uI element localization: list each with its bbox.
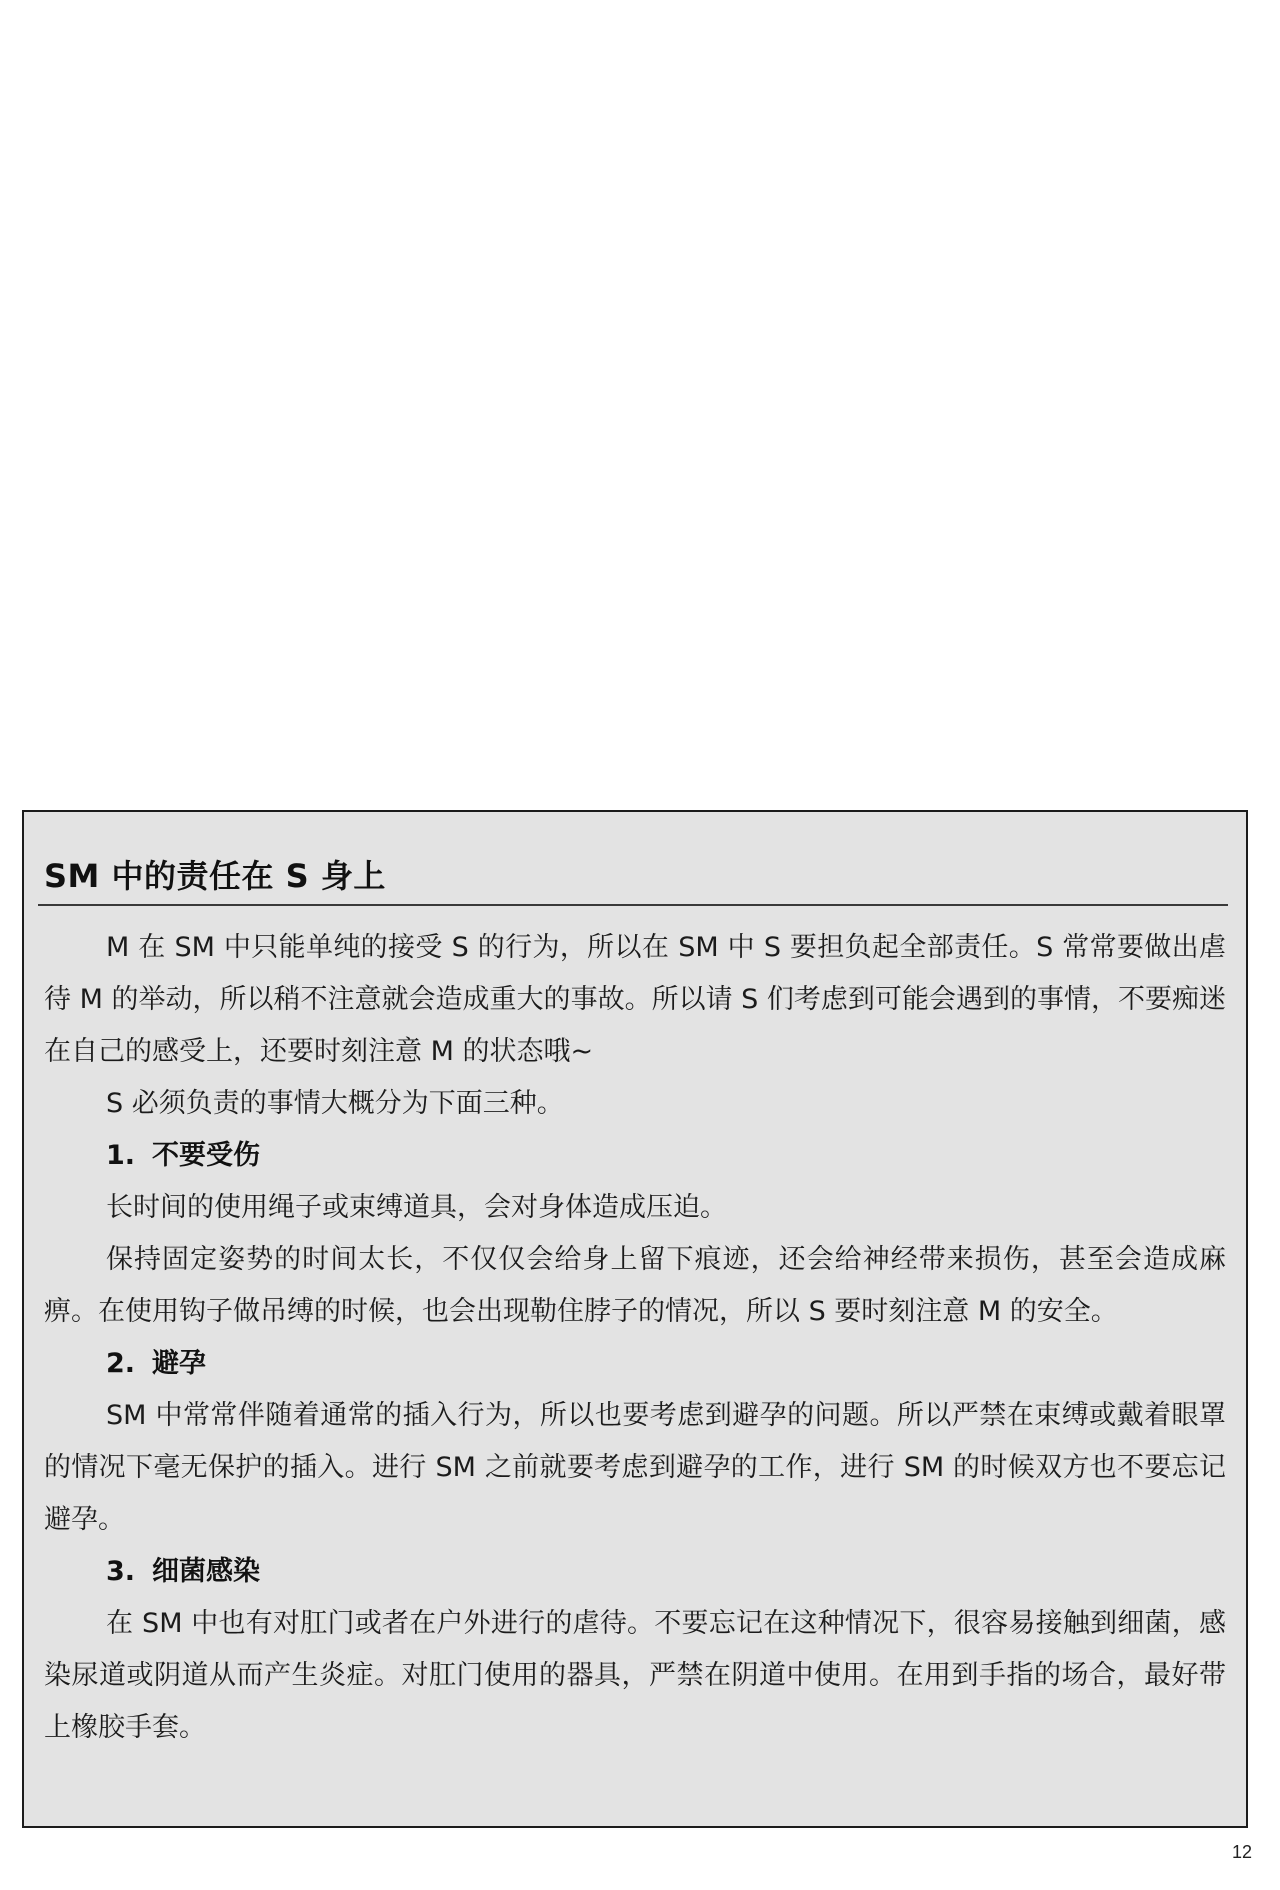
item-title: 避孕: [152, 1348, 206, 1379]
content-box: SM 中的责任在 S 身上 M 在 SM 中只能单纯的接受 S 的行为，所以在 …: [22, 810, 1248, 1828]
section-title: SM 中的责任在 S 身上: [44, 854, 386, 898]
item-heading: 3.细菌感染: [44, 1546, 1226, 1598]
item-title: 细菌感染: [152, 1556, 260, 1587]
intro-paragraph: S 必须负责的事情大概分为下面三种。: [44, 1078, 1226, 1130]
title-divider: [38, 904, 1228, 906]
item-heading: 1.不要受伤: [44, 1130, 1226, 1182]
section-body: M 在 SM 中只能单纯的接受 S 的行为，所以在 SM 中 S 要担负起全部责…: [44, 922, 1226, 1754]
item-heading: 2.避孕: [44, 1338, 1226, 1390]
item-title: 不要受伤: [152, 1140, 260, 1171]
list-item: 2.避孕 SM 中常常伴随着通常的插入行为，所以也要考虑到避孕的问题。所以严禁在…: [44, 1338, 1226, 1546]
page-number: 12: [1232, 1842, 1252, 1863]
item-paragraph: SM 中常常伴随着通常的插入行为，所以也要考虑到避孕的问题。所以严禁在束缚或戴着…: [44, 1390, 1226, 1546]
intro-paragraph: M 在 SM 中只能单纯的接受 S 的行为，所以在 SM 中 S 要担负起全部责…: [44, 922, 1226, 1078]
list-item: 3.细菌感染 在 SM 中也有对肛门或者在户外进行的虐待。不要忘记在这种情况下，…: [44, 1546, 1226, 1754]
blank-page-area: [0, 0, 1280, 808]
item-paragraph: 保持固定姿势的时间太长，不仅仅会给身上留下痕迹，还会给神经带来损伤，甚至会造成麻…: [44, 1234, 1226, 1338]
list-item: 1.不要受伤 长时间的使用绳子或束缚道具，会对身体造成压迫。 保持固定姿势的时间…: [44, 1130, 1226, 1338]
item-number: 3.: [106, 1546, 152, 1598]
item-paragraph: 在 SM 中也有对肛门或者在户外进行的虐待。不要忘记在这种情况下，很容易接触到细…: [44, 1598, 1226, 1754]
item-number: 2.: [106, 1338, 152, 1390]
item-number: 1.: [106, 1130, 152, 1182]
item-paragraph: 长时间的使用绳子或束缚道具，会对身体造成压迫。: [44, 1182, 1226, 1234]
